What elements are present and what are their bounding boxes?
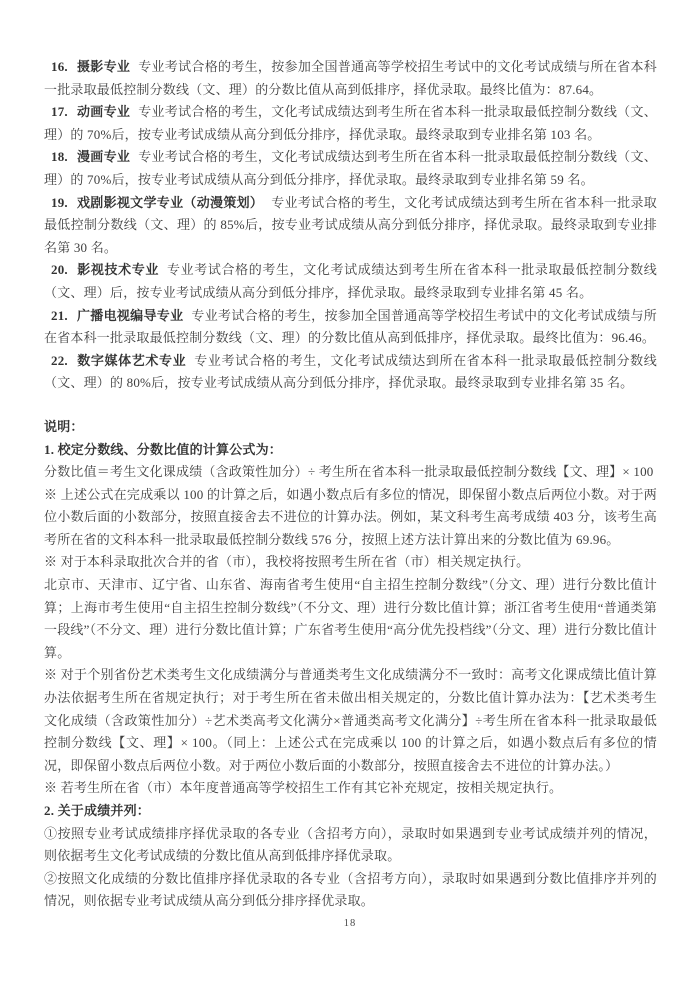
item-19-title: 戏剧影视文学专业（动漫策划） (77, 195, 263, 210)
item-16-number: 16. (51, 59, 68, 74)
note-formula: 分数比值＝考生文化课成绩（含政策性加分）÷ 考生所在省本科一批录取最低控制分数线… (44, 461, 657, 484)
note-province-lines-rule: 北京市、天津市、辽宁省、山东省、海南省考生使用“自主招生控制分数线”（分文、理）… (44, 574, 657, 664)
item-17-title: 动画专业 (77, 104, 130, 119)
item-22: 22.数字媒体艺术专业专业考试合格的考生，文化考试成绩达到所在省本科一批录取最低… (44, 350, 657, 395)
item-18-title: 漫画专业 (77, 149, 130, 164)
note-supplementary-rule: ※ 若考生所在省（市）本年度普通高等学校招生工作有其它补充规定，按相关规定执行。 (44, 777, 657, 800)
note-tie-rule-2: ②按照文化成绩的分数比值排序择优录取的各专业（含招考方向），录取时如果遇到分数比… (44, 868, 657, 913)
document-page: 16.摄影专业专业考试合格的考生，按参加全国普通高等学校招生考试中的文化考试成绩… (0, 0, 700, 989)
item-16-title: 摄影专业 (77, 59, 130, 74)
item-19: 19.戏剧影视文学专业（动漫策划）专业考试合格的考生，文化考试成绩达到考生所在省… (44, 192, 657, 260)
item-21-number: 21. (51, 308, 68, 323)
item-16-body: 专业考试合格的考生，按参加全国普通高等学校招生考试中的文化考试成绩与所在省本科一… (44, 59, 657, 97)
item-20: 20.影视技术专业专业考试合格的考生，文化考试成绩达到考生所在省本科一批录取最低… (44, 259, 657, 304)
item-21: 21.广播电视编导专业专业考试合格的考生，按参加全国普通高等学校招生考试中的文化… (44, 305, 657, 350)
page-content: 16.摄影专业专业考试合格的考生，按参加全国普通高等学校招生考试中的文化考试成绩… (44, 56, 657, 913)
item-18-body: 专业考试合格的考生，文化考试成绩达到考生所在省本科一批录取最低控制分数线（文、理… (44, 149, 657, 187)
item-17-number: 17. (51, 104, 68, 119)
item-22-title: 数字媒体艺术专业 (77, 353, 186, 368)
notes-heading: 说明： (44, 416, 657, 439)
item-20-title: 影视技术专业 (77, 262, 159, 277)
notes-section: 说明： 1. 校定分数线、分数比值的计算公式为： 分数比值＝考生文化课成绩（含政… (44, 416, 657, 913)
note-tie-rule-1: ①按照专业考试成绩排序择优录取的各专业（含招考方向），录取时如果遇到专业考试成绩… (44, 823, 657, 868)
item-17-body: 专业考试合格的考生，文化考试成绩达到考生所在省本科一批录取最低控制分数线（文、理… (44, 104, 657, 142)
note-section-2-title: 2. 关于成绩并列： (44, 800, 657, 823)
note-rounding-rule: ※ 上述公式在完成乘以 100 的计算之后，如遇小数点后有多位的情况，即保留小数… (44, 484, 657, 552)
item-18: 18.漫画专业专业考试合格的考生，文化考试成绩达到考生所在省本科一批录取最低控制… (44, 146, 657, 191)
note-section-1-title: 1. 校定分数线、分数比值的计算公式为： (44, 439, 657, 462)
item-22-number: 22. (51, 353, 68, 368)
page-number: 18 (0, 918, 700, 929)
item-18-number: 18. (51, 149, 68, 164)
item-19-number: 19. (51, 195, 68, 210)
numbered-items-section: 16.摄影专业专业考试合格的考生，按参加全国普通高等学校招生考试中的文化考试成绩… (44, 56, 657, 395)
item-16: 16.摄影专业专业考试合格的考生，按参加全国普通高等学校招生考试中的文化考试成绩… (44, 56, 657, 101)
item-21-title: 广播电视编导专业 (77, 308, 184, 323)
note-fullscore-mismatch-rule: ※ 对于个别省份艺术类考生文化成绩满分与普通类考生文化成绩满分不一致时：高考文化… (44, 664, 657, 777)
note-merged-batch-rule: ※ 对于本科录取批次合并的省（市），我校将按照考生所在省（市）相关规定执行。 (44, 551, 657, 574)
item-20-number: 20. (51, 262, 68, 277)
item-17: 17.动画专业专业考试合格的考生，文化考试成绩达到考生所在省本科一批录取最低控制… (44, 101, 657, 146)
